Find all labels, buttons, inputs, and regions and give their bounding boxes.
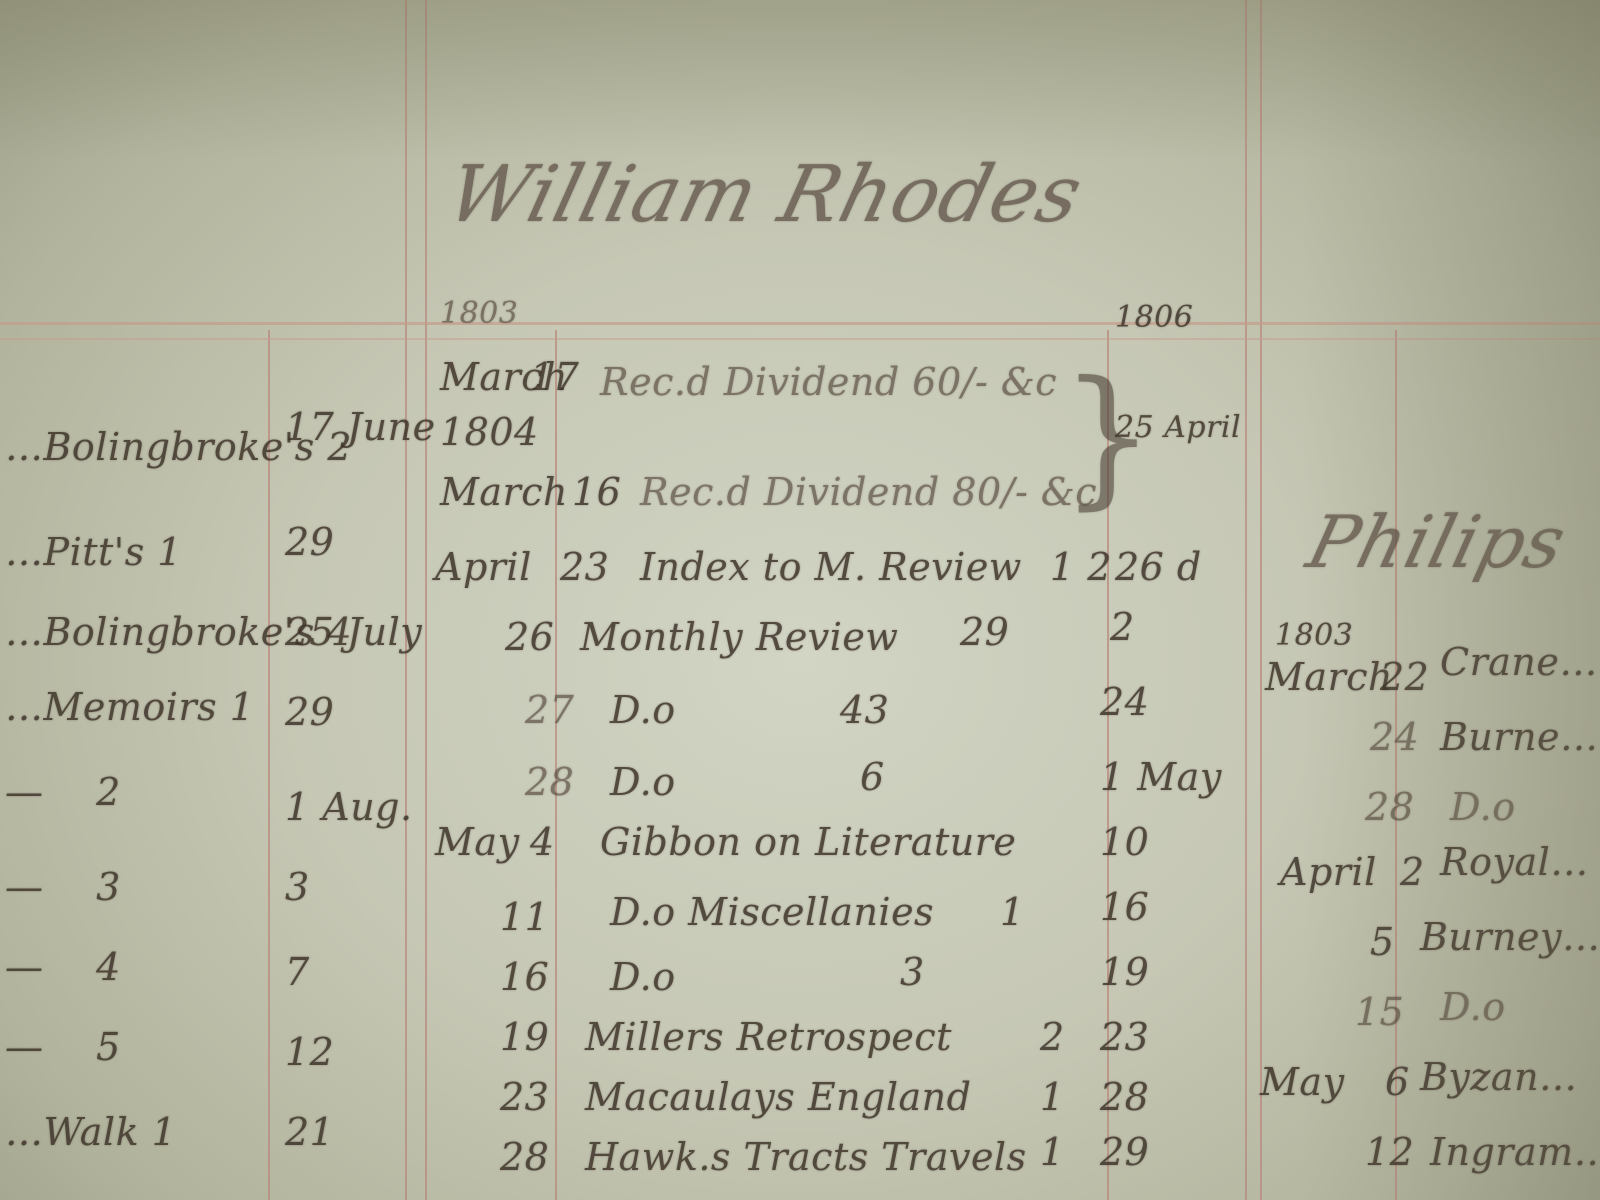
left-vol: 3 <box>96 865 121 909</box>
entry-title: Rec.d Dividend 60/- &c <box>600 360 1057 404</box>
right-day: 28 <box>1365 785 1414 829</box>
right-title: Burne… <box>1440 715 1599 759</box>
left-date: 12 <box>285 1030 334 1074</box>
left-vol: 4 <box>96 945 121 989</box>
entry-day: 28 <box>500 1135 549 1179</box>
rule-right-margin-a <box>1245 0 1247 1200</box>
right-title: Royal… <box>1440 840 1589 884</box>
right-title: Burney… <box>1420 915 1600 959</box>
left-vol: 1 <box>230 685 255 729</box>
left-date: 3 <box>285 865 310 909</box>
entry-title: Hawk.s Tracts Travels <box>585 1135 1027 1179</box>
rule-left-margin-a <box>405 0 407 1200</box>
entry-return: 10 <box>1100 820 1149 864</box>
entry-title: Rec.d Dividend 80/- &c <box>640 470 1097 514</box>
entry-year: 1804 <box>440 410 539 454</box>
entry-day: 23 <box>500 1075 549 1119</box>
entry-day: 19 <box>500 1015 549 1059</box>
entry-month: April <box>435 545 532 589</box>
entry-day: 11 <box>500 895 549 939</box>
entry-title: Millers Retrospect <box>585 1015 952 1059</box>
left-title: — <box>5 865 44 909</box>
entry-vol: 6 <box>860 755 885 799</box>
entry-day: 16 <box>500 955 549 999</box>
left-title: …Bolingbroke's <box>5 610 315 654</box>
right-month: April <box>1280 850 1377 894</box>
account-heading: William Rhodes <box>439 150 1091 240</box>
entry-title: D.o <box>610 760 676 804</box>
left-title: …Memoirs <box>5 685 217 729</box>
right-day: 24 <box>1370 715 1419 759</box>
right-title: D.o <box>1450 785 1516 829</box>
right-day: 6 <box>1385 1060 1410 1104</box>
entry-title: D.o Miscellanies <box>610 890 934 934</box>
entry-vol: 1 <box>1040 1130 1065 1174</box>
left-vol: 5 <box>96 1025 121 1069</box>
rule-left-margin-b <box>425 0 427 1200</box>
right-title: Crane… <box>1440 640 1598 684</box>
entry-return: 2 <box>1110 605 1135 649</box>
right-month: May <box>1260 1060 1345 1104</box>
entry-day: 16 <box>572 470 621 514</box>
entry-vol: 3 <box>900 950 925 994</box>
left-vol: 1 <box>157 530 182 574</box>
left-vol: 2 <box>96 770 121 814</box>
year-return: 1806 <box>1115 300 1193 335</box>
entry-title: Macaulays England <box>585 1075 971 1119</box>
right-title: D.o <box>1440 985 1506 1029</box>
entry-return: 16 <box>1100 885 1149 929</box>
entry-return: 24 <box>1100 680 1149 724</box>
left-title: …Pitt's <box>5 530 145 574</box>
rule-header-top <box>0 322 1600 325</box>
entry-return: 19 <box>1100 950 1149 994</box>
right-title: Ingram… <box>1430 1130 1600 1174</box>
entry-month: March <box>440 470 568 514</box>
entry-title: Monthly Review <box>580 615 898 659</box>
right-day: 22 <box>1380 655 1429 699</box>
right-day: 15 <box>1355 990 1404 1034</box>
entry-vol: 1 <box>1040 1075 1065 1119</box>
right-month: March <box>1265 655 1393 699</box>
right-year: 1803 <box>1275 618 1353 653</box>
rule-header-bottom <box>0 338 1600 340</box>
left-title: …Bolingbroke's <box>5 425 315 469</box>
left-title: — <box>5 945 44 989</box>
entry-title: D.o <box>610 955 676 999</box>
left-vol: 1 <box>152 1110 177 1154</box>
entry-month: May <box>435 820 520 864</box>
right-day: 2 <box>1400 850 1425 894</box>
entry-return: 23 <box>1100 1015 1149 1059</box>
entry-vol: 1 <box>1000 890 1025 934</box>
right-day: 12 <box>1365 1130 1414 1174</box>
entry-vol: 1 2 <box>1050 545 1112 589</box>
year-out: 1803 <box>440 296 518 331</box>
entry-day: 23 <box>560 545 609 589</box>
rule-right-margin-b <box>1260 0 1262 1200</box>
entry-day: 28 <box>525 760 574 804</box>
left-title: — <box>5 770 44 814</box>
ledger-page: William Rhodes 1803 1806 …Bolingbroke's … <box>0 0 1600 1200</box>
entry-title: Gibbon on Literature <box>600 820 1016 864</box>
left-title: — <box>5 1025 44 1069</box>
right-account-heading: Philips <box>1300 500 1575 584</box>
entry-vol: 2 <box>1040 1015 1065 1059</box>
brace-mark: } <box>1060 350 1156 524</box>
entry-day: 17 <box>530 355 579 399</box>
lighting-shade-top <box>0 0 1600 160</box>
entry-vol: 43 <box>840 688 889 732</box>
left-date: 1 Aug. <box>285 785 413 829</box>
left-date: 29 <box>285 520 334 564</box>
entry-day: 4 <box>530 820 555 864</box>
right-title: Byzan… <box>1420 1055 1578 1099</box>
entry-vol: 29 <box>960 610 1009 654</box>
entry-return: 28 <box>1100 1075 1149 1119</box>
right-day: 5 <box>1370 920 1395 964</box>
entry-title: Index to M. Review <box>640 545 1022 589</box>
entry-return: 29 <box>1100 1130 1149 1174</box>
entry-title: D.o <box>610 688 676 732</box>
entry-return: 1 May <box>1100 755 1222 799</box>
entry-day: 27 <box>525 688 574 732</box>
left-date: 7 <box>285 950 310 994</box>
entry-day: 26 <box>505 615 554 659</box>
left-date: 21 <box>285 1110 334 1154</box>
left-date: 25 July <box>285 610 422 654</box>
left-date: 17 June <box>285 405 436 449</box>
entry-return: 26 d <box>1115 545 1202 589</box>
left-date: 29 <box>285 690 334 734</box>
left-title: …Walk <box>5 1110 139 1154</box>
